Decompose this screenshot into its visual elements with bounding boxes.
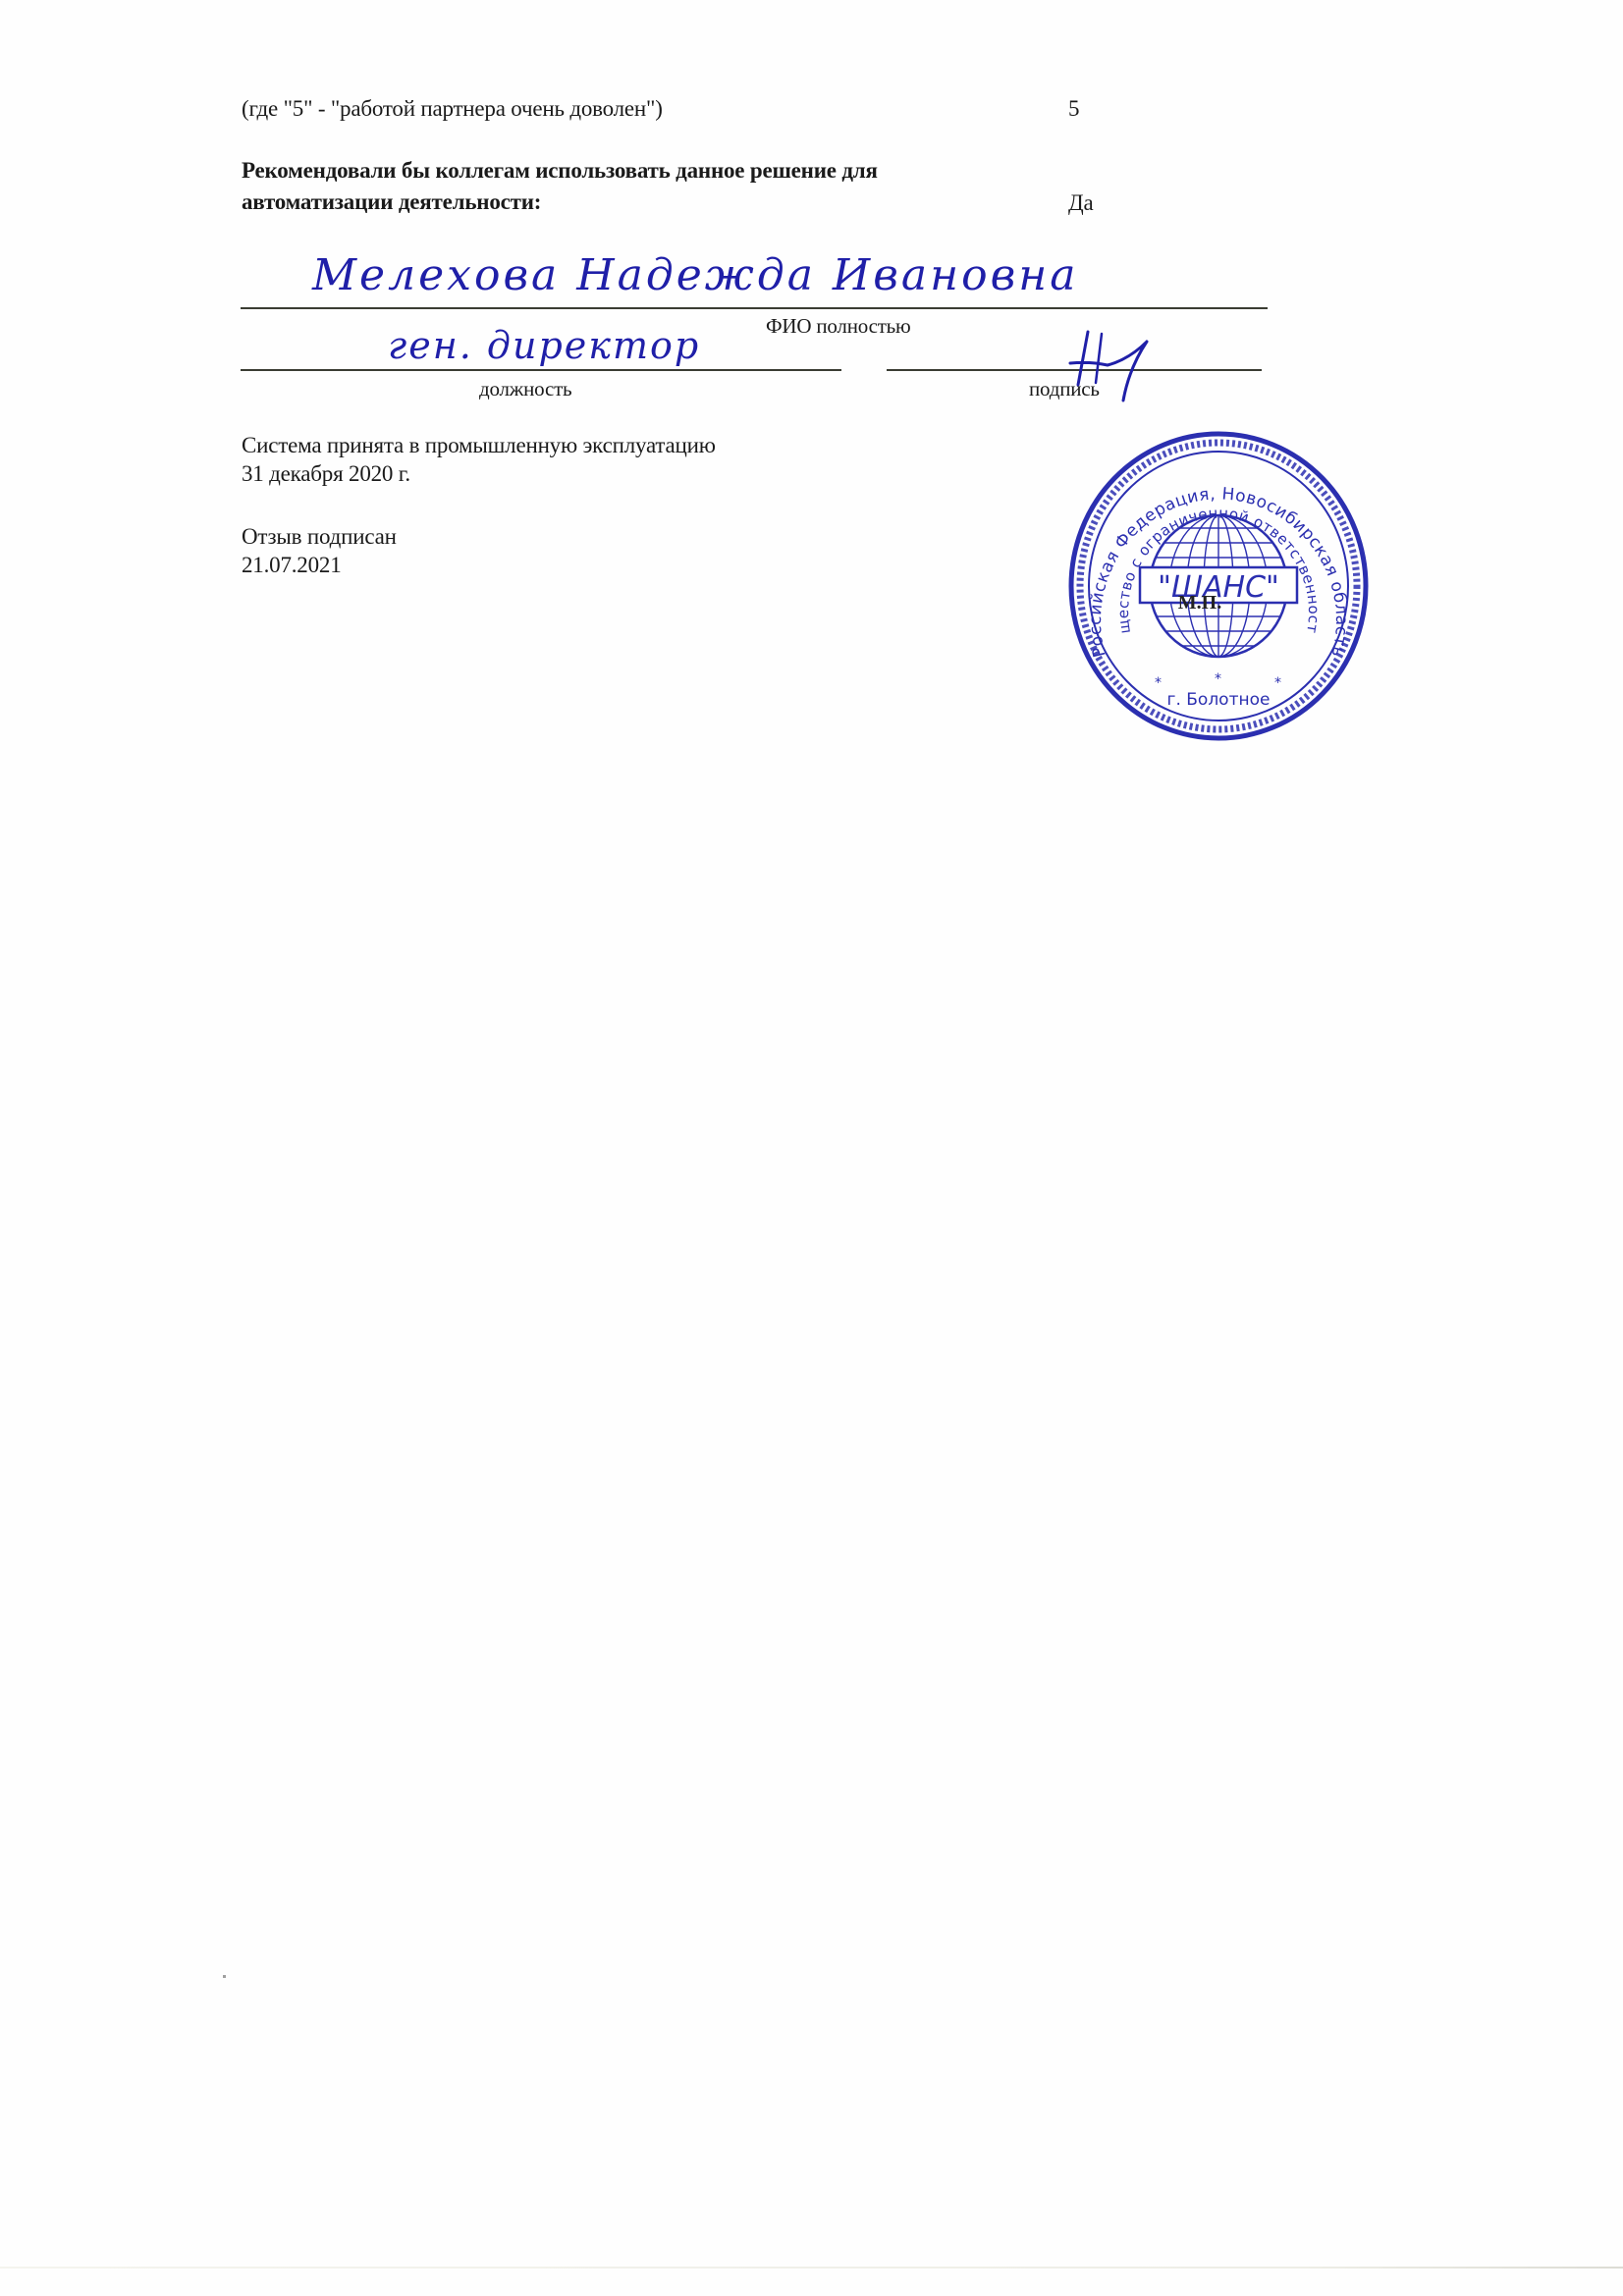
recommendation-question-line1: Рекомендовали бы коллегам использовать д…	[242, 157, 878, 185]
full-name-handwritten: Мелехова Надежда Ивановна	[312, 250, 1078, 300]
position-handwritten: ген. директор	[388, 324, 700, 367]
position-rule	[241, 369, 841, 371]
stamp-star-icon: *	[1215, 671, 1221, 687]
rating-note: (где "5" - "работой партнера очень довол…	[242, 95, 663, 123]
position-label: должность	[479, 375, 571, 402]
acceptance-line1: Система принята в промышленную эксплуата…	[242, 432, 716, 459]
document-page: (где "5" - "работой партнера очень довол…	[0, 0, 1623, 2296]
scan-speck	[223, 1975, 226, 1978]
stamp-star-icon: *	[1274, 675, 1281, 691]
recommendation-answer: Да	[1068, 189, 1094, 217]
full-name-label: ФИО полностью	[766, 312, 911, 340]
rating-value: 5	[1068, 95, 1079, 123]
company-stamp: "ШАНС" М.П. Российская Федерация, Новоси…	[1066, 430, 1371, 742]
recommendation-question-line2: автоматизации деятельности:	[242, 188, 541, 216]
signed-line1: Отзыв подписан	[242, 523, 397, 551]
scan-edge	[0, 2267, 1623, 2269]
full-name-rule	[241, 307, 1268, 309]
signature-label: подпись	[1029, 375, 1100, 402]
signed-date: 21.07.2021	[242, 552, 342, 579]
acceptance-date: 31 декабря 2020 г.	[242, 460, 410, 488]
stamp-city: г. Болотное	[1167, 690, 1271, 710]
stamp-star-icon: *	[1155, 675, 1162, 691]
stamp-seal-mark: М.П.	[1178, 592, 1221, 614]
